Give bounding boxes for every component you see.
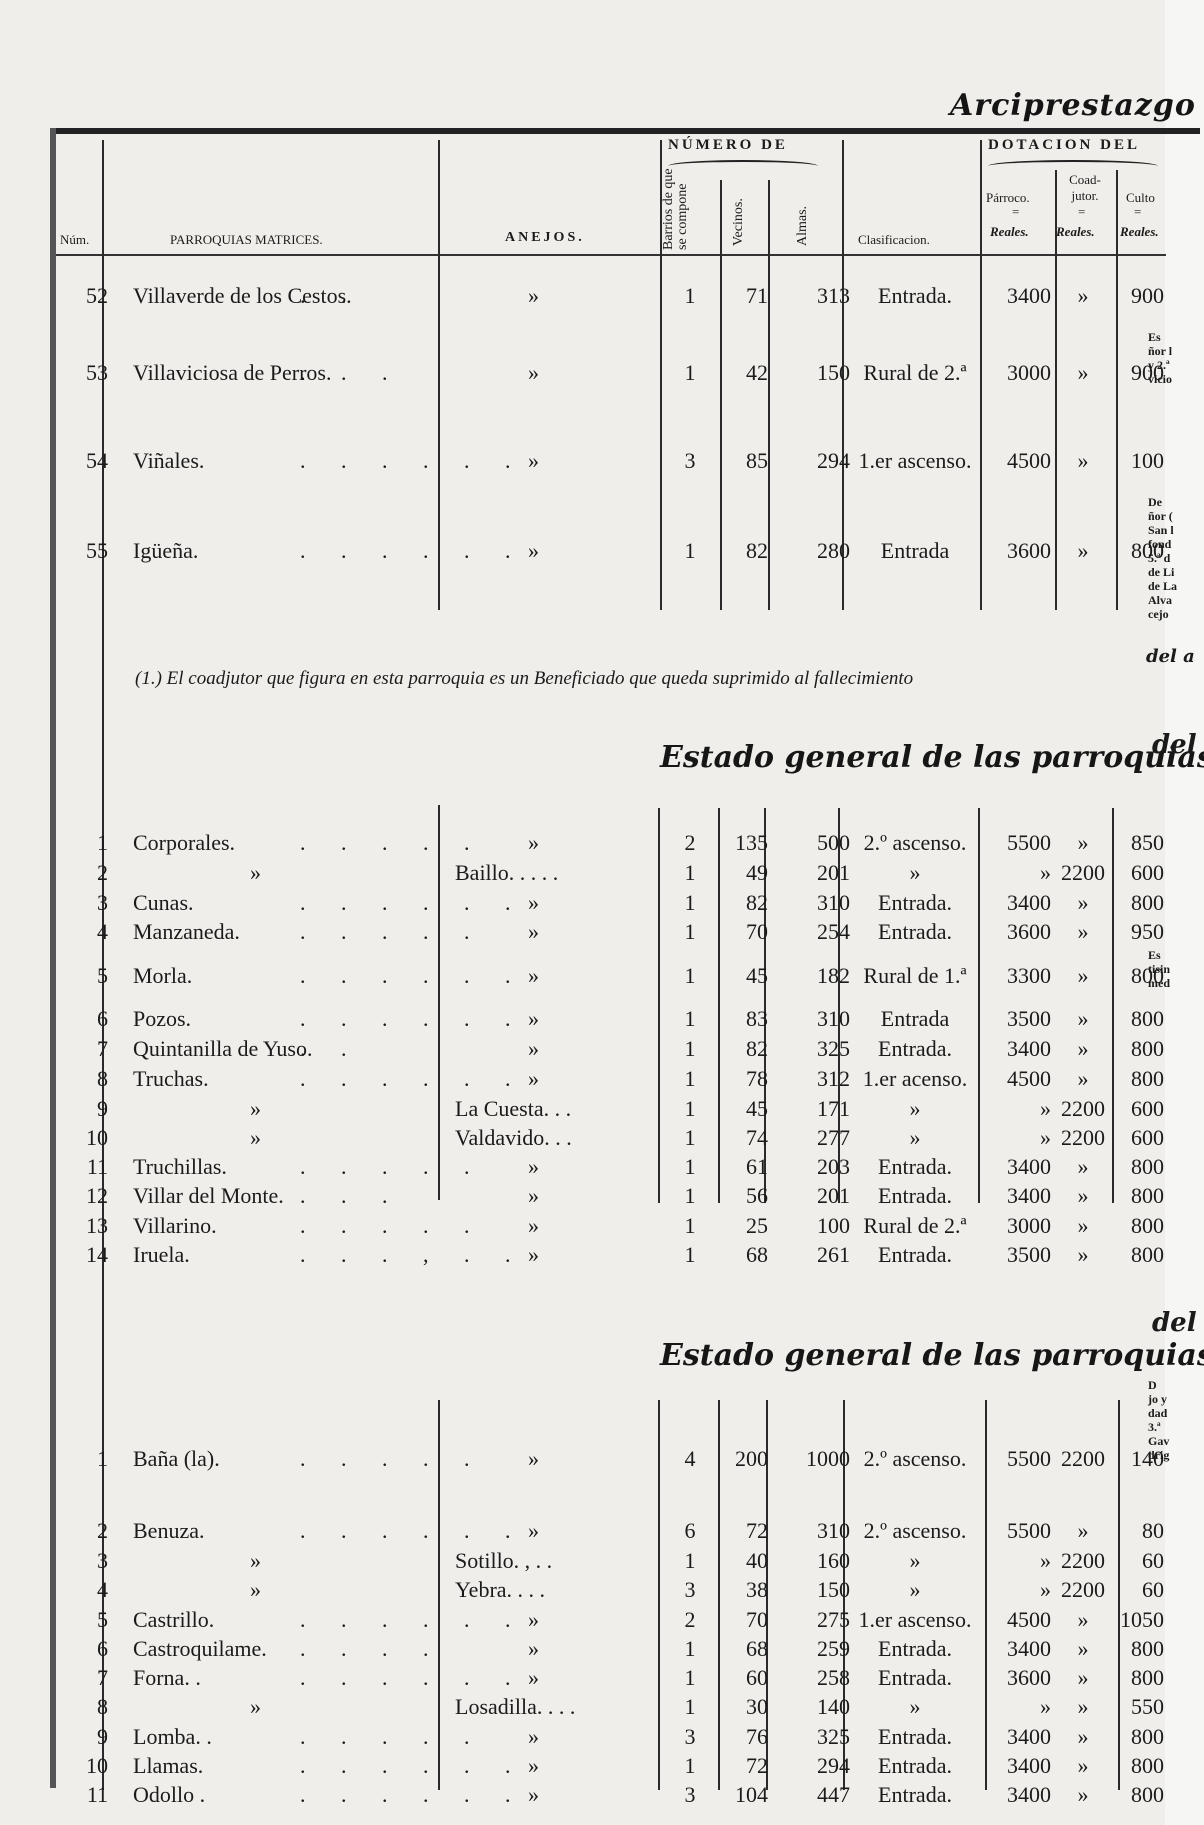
vecinos-count: 83 (722, 1006, 768, 1032)
anejo: La Cuesta. . . (455, 1096, 571, 1122)
parroco-dotacion: » (987, 860, 1051, 886)
parish-name: » (250, 1577, 261, 1603)
coadjutor-dotacion: » (1052, 1694, 1114, 1720)
row-number: 11 (60, 1782, 108, 1808)
almas-count: 100 (778, 1213, 850, 1239)
parish-name: Manzaneda. (133, 919, 240, 945)
leader-dots: . . . . . (300, 1446, 420, 1472)
anejo: » (528, 1006, 539, 1032)
footnote: (1.) El coadjutor que figura en esta par… (135, 668, 913, 690)
barrios-count: 1 (678, 1036, 702, 1062)
culto-dotacion: 800 (1112, 1782, 1164, 1808)
parroco-dotacion: 3400 (987, 1782, 1051, 1808)
vecinos-count: 56 (722, 1183, 768, 1209)
vecinos-count: 42 (722, 360, 768, 386)
header-reales: Reales. (1120, 224, 1164, 240)
row-number: 5 (60, 963, 108, 989)
parish-name: Odollo . (133, 1782, 205, 1808)
culto-dotacion: 900 (1112, 283, 1164, 309)
clasificacion: » (852, 1548, 978, 1574)
culto-dotacion: 800 (1112, 1665, 1164, 1691)
barrios-count: 1 (678, 1096, 702, 1122)
header-numero-de: NÚMERO DE (668, 137, 788, 154)
header-coadjutor: Coad-jutor. (1060, 172, 1110, 204)
culto-dotacion: 100 (1112, 448, 1164, 474)
clasificacion: » (852, 1694, 978, 1720)
barrios-count: 1 (678, 1665, 702, 1691)
anejo: » (528, 1724, 539, 1750)
parish-name: Forna. . (133, 1665, 201, 1691)
table-row: 3Cunas.. . . . . .»182310Entrada.3400»80… (0, 890, 1170, 914)
culto-dotacion: 1050 (1112, 1607, 1164, 1633)
culto-dotacion: 550 (1112, 1694, 1164, 1720)
coadjutor-dotacion: » (1052, 919, 1114, 945)
parish-name: » (250, 1694, 261, 1720)
clasificacion: 1.er ascenso. (852, 448, 978, 474)
anejo: » (528, 1242, 539, 1268)
almas-count: 140 (778, 1694, 850, 1720)
anejo: » (528, 890, 539, 916)
coadjutor-dotacion: » (1052, 1036, 1114, 1062)
leader-dots: . . . . (300, 1636, 420, 1662)
coadjutor-dotacion: » (1052, 1607, 1114, 1633)
row-number: 14 (60, 1242, 108, 1268)
coadjutor-dotacion: » (1052, 1724, 1114, 1750)
clasificacion: 2.º ascenso. (852, 1518, 978, 1544)
parish-name: Truchas. (133, 1066, 209, 1092)
parish-name: » (250, 1548, 261, 1574)
leader-dots: . . . . . (300, 1724, 420, 1750)
barrios-count: 1 (678, 1183, 702, 1209)
anejo: » (528, 1665, 539, 1691)
almas-count: 259 (778, 1636, 850, 1662)
table-row: 52Villaverde de los Cestos.. .»171313Ent… (0, 283, 1170, 307)
parroco-dotacion: 5500 (987, 830, 1051, 856)
almas-count: 150 (778, 360, 850, 386)
leader-dots: . . . . . (300, 919, 420, 945)
parroco-dotacion: 3600 (987, 1665, 1051, 1691)
vecinos-count: 74 (722, 1125, 768, 1151)
row-number: 4 (60, 1577, 108, 1603)
culto-dotacion: 80 (1112, 1518, 1164, 1544)
table-row: 13Villarino.. . . . .»125100Rural de 2.ª… (0, 1213, 1170, 1237)
vecinos-count: 70 (722, 1607, 768, 1633)
culto-dotacion: 800 (1112, 1183, 1164, 1209)
almas-count: 182 (778, 963, 850, 989)
vecinos-count: 82 (722, 1036, 768, 1062)
culto-dotacion: 600 (1112, 1096, 1164, 1122)
parish-name: Iruela. (133, 1242, 190, 1268)
vecinos-count: 40 (722, 1548, 768, 1574)
header-almas: Almas. (796, 188, 810, 246)
almas-count: 310 (778, 1518, 850, 1544)
row-number: 4 (60, 919, 108, 945)
leader-dots: . . . . . . (300, 963, 420, 989)
vecinos-count: 45 (722, 963, 768, 989)
vecinos-count: 68 (722, 1636, 768, 1662)
culto-dotacion: 950 (1112, 919, 1164, 945)
almas-count: 313 (778, 283, 850, 309)
clasificacion: 2.º ascenso. (852, 1446, 978, 1472)
culto-dotacion: 800 (1112, 1006, 1164, 1032)
header-reales: Reales. (990, 224, 1029, 240)
leader-dots: . . . . . . (300, 1665, 420, 1691)
parish-name: Pozos. (133, 1006, 191, 1032)
culto-dotacion: 800 (1112, 1154, 1164, 1180)
row-number: 10 (60, 1125, 108, 1151)
barrios-count: 3 (678, 1577, 702, 1603)
parroco-dotacion: 5500 (987, 1518, 1051, 1544)
row-number: 55 (60, 538, 108, 564)
equals: = (1078, 204, 1085, 220)
parish-name: Benuza. (133, 1518, 204, 1544)
almas-count: 150 (778, 1577, 850, 1603)
vecinos-count: 104 (722, 1782, 768, 1808)
anejo: Valdavido. . . (455, 1125, 572, 1151)
barrios-count: 1 (678, 1006, 702, 1032)
table-row: 12Villar del Monte.. . .»156201Entrada.3… (0, 1183, 1170, 1207)
coadjutor-dotacion: » (1052, 963, 1114, 989)
parroco-dotacion: 3500 (987, 1006, 1051, 1032)
header-clasificacion: Clasificacion. (858, 232, 930, 248)
leader-dots: . . (300, 1036, 420, 1062)
coadjutor-dotacion: 2200 (1052, 1548, 1114, 1574)
almas-count: 203 (778, 1154, 850, 1180)
parish-name: Lomba. . (133, 1724, 212, 1750)
almas-count: 325 (778, 1724, 850, 1750)
almas-count: 201 (778, 1183, 850, 1209)
clasificacion: Entrada. (852, 1183, 978, 1209)
row-number: 7 (60, 1665, 108, 1691)
parroco-dotacion: » (987, 1125, 1051, 1151)
anejo: » (528, 1446, 539, 1472)
clasificacion: Entrada (852, 538, 978, 564)
parroco-dotacion: 3000 (987, 1213, 1051, 1239)
anejo: » (528, 1183, 539, 1209)
coadjutor-dotacion: » (1052, 1665, 1114, 1691)
coadjutor-dotacion: » (1052, 1242, 1114, 1268)
clasificacion: Entrada. (852, 1242, 978, 1268)
parroco-dotacion: » (987, 1577, 1051, 1603)
leader-dots: . . . . . . (300, 1782, 420, 1808)
running-title: Arciprestazgo de (950, 88, 1204, 123)
coadjutor-dotacion: » (1052, 1213, 1114, 1239)
vecinos-count: 85 (722, 448, 768, 474)
almas-count: 254 (778, 919, 850, 945)
clasificacion: » (852, 860, 978, 886)
table-row: 9»La Cuesta. . .145171»»2200600 (0, 1096, 1170, 1120)
equals: = (1012, 204, 1019, 220)
parish-name: Viñales. (133, 448, 204, 474)
barrios-count: 3 (678, 448, 702, 474)
culto-dotacion: 800 (1112, 890, 1164, 916)
vecinos-count: 68 (722, 1242, 768, 1268)
header-anejos: ANEJOS. (505, 230, 585, 246)
anejo: Baillo. . . . . (455, 860, 558, 886)
coadjutor-dotacion: » (1052, 1006, 1114, 1032)
clasificacion: 1.er ascenso. (852, 1607, 978, 1633)
table-row: 14Iruela.. . . , . .»168261Entrada.3500»… (0, 1242, 1170, 1266)
culto-dotacion: 600 (1112, 1125, 1164, 1151)
margin-italic: del a (1146, 646, 1195, 667)
barrios-count: 3 (678, 1782, 702, 1808)
parish-name: Llamas. (133, 1753, 203, 1779)
table-row: 10»Valdavido. . .174277»»2200600 (0, 1125, 1170, 1149)
adjacent-page-edge (1165, 0, 1204, 1825)
parish-name: » (250, 1125, 261, 1151)
culto-dotacion: 850 (1112, 830, 1164, 856)
margin-italic: del (1152, 730, 1197, 760)
clasificacion: Entrada. (852, 1782, 978, 1808)
parish-name: » (250, 1096, 261, 1122)
clasificacion: » (852, 1096, 978, 1122)
leader-dots: . . . . . . (300, 448, 420, 474)
leader-dots: . . . . . . (300, 538, 420, 564)
table-row: 4»Yebra. . . .338150»»220060 (0, 1577, 1170, 1601)
table-row: 11Odollo .. . . . . .»3104447Entrada.340… (0, 1782, 1170, 1806)
clasificacion: Entrada. (852, 1724, 978, 1750)
vecinos-count: 135 (722, 830, 768, 856)
parish-name: Corporales. (133, 830, 235, 856)
table-row: 1Corporales.. . . . .»21355002.º ascenso… (0, 830, 1170, 854)
vecinos-count: 72 (722, 1753, 768, 1779)
barrios-count: 1 (678, 1636, 702, 1662)
parish-name: » (250, 860, 261, 886)
parroco-dotacion: 5500 (987, 1446, 1051, 1472)
culto-dotacion: 800 (1112, 1242, 1164, 1268)
clasificacion: Entrada. (852, 919, 978, 945)
parish-name: Castroquilame. (133, 1636, 267, 1662)
leader-dots: . . . . . . (300, 1753, 420, 1779)
culto-dotacion: 800 (1112, 1636, 1164, 1662)
table-row: 8»Losadilla. . . .130140»»»550 (0, 1694, 1170, 1718)
clasificacion: Rural de 2.ª (852, 1213, 978, 1239)
almas-count: 280 (778, 538, 850, 564)
leader-dots: . . . . . . (300, 1066, 420, 1092)
almas-count: 310 (778, 890, 850, 916)
barrios-count: 1 (678, 1154, 702, 1180)
barrios-count: 1 (678, 860, 702, 886)
anejo: » (528, 830, 539, 856)
row-number: 7 (60, 1036, 108, 1062)
anejo: Losadilla. . . . (455, 1694, 575, 1720)
table-row: 6Pozos.. . . . . .»183310Entrada3500»800 (0, 1006, 1170, 1030)
barrios-count: 1 (678, 1753, 702, 1779)
parish-name: Quintanilla de Yuso. (133, 1036, 312, 1062)
table-row: 3»Sotillo. , . .140160»»220060 (0, 1548, 1170, 1572)
table-row: 9Lomba. .. . . . .»376325Entrada.3400»80… (0, 1724, 1170, 1748)
margin-note: Es ñor l y 2.ª vicio (1148, 330, 1172, 386)
clasificacion: Entrada. (852, 1036, 978, 1062)
parroco-dotacion: » (987, 1694, 1051, 1720)
vecinos-count: 61 (722, 1154, 768, 1180)
clasificacion: Entrada. (852, 1636, 978, 1662)
vecinos-count: 200 (722, 1446, 768, 1472)
table-row: 6Castroquilame.. . . .»168259Entrada.340… (0, 1636, 1170, 1660)
row-number: 9 (60, 1724, 108, 1750)
vecinos-count: 70 (722, 919, 768, 945)
barrios-count: 1 (678, 1242, 702, 1268)
leader-dots: . . . . . (300, 830, 420, 856)
vecinos-count: 30 (722, 1694, 768, 1720)
row-number: 1 (60, 830, 108, 856)
parroco-dotacion: 3000 (987, 360, 1051, 386)
table-row: 5Castrillo.. . . . . .»2702751.er ascens… (0, 1607, 1170, 1631)
parroco-dotacion: 3400 (987, 1154, 1051, 1180)
clasificacion: Entrada (852, 1006, 978, 1032)
clasificacion: 1.er acenso. (852, 1066, 978, 1092)
clasificacion: 2.º ascenso. (852, 830, 978, 856)
almas-count: 312 (778, 1066, 850, 1092)
parroco-dotacion: 3500 (987, 1242, 1051, 1268)
anejo: » (528, 538, 539, 564)
margin-note: Es tisin med (1148, 948, 1170, 990)
anejo: » (528, 919, 539, 945)
clasificacion: Entrada. (852, 1665, 978, 1691)
parish-name: Villar del Monte. (133, 1183, 284, 1209)
parish-name: Truchillas. (133, 1154, 227, 1180)
culto-dotacion: 800 (1112, 1036, 1164, 1062)
table-row: 5Morla.. . . . . .»145182Rural de 1.ª330… (0, 963, 1170, 987)
culto-dotacion: 800 (1112, 1066, 1164, 1092)
barrios-count: 6 (678, 1518, 702, 1544)
table-row: 55Igüeña.. . . . . .»182280Entrada3600»8… (0, 538, 1170, 562)
row-number: 3 (60, 890, 108, 916)
almas-count: 1000 (778, 1446, 850, 1472)
culto-dotacion: 60 (1112, 1577, 1164, 1603)
barrios-count: 1 (678, 1548, 702, 1574)
clasificacion: Rural de 1.ª (852, 963, 978, 989)
parroco-dotacion: 3400 (987, 890, 1051, 916)
table-row: 7Quintanilla de Yuso.. .»182325Entrada.3… (0, 1036, 1170, 1060)
parish-name: Villarino. (133, 1213, 217, 1239)
header-vecinos: Vecinos. (732, 182, 746, 246)
brace (988, 160, 1158, 172)
leader-dots: . . . . . . (300, 1006, 420, 1032)
parroco-dotacion: 3400 (987, 283, 1051, 309)
parroco-dotacion: 3600 (987, 538, 1051, 564)
row-number: 9 (60, 1096, 108, 1122)
culto-dotacion: 600 (1112, 860, 1164, 886)
header-reales: Reales. (1056, 224, 1095, 240)
row-number: 12 (60, 1183, 108, 1209)
parroco-dotacion: 3400 (987, 1753, 1051, 1779)
table-row: 7Forna. .. . . . . .»160258Entrada.3600»… (0, 1665, 1170, 1689)
vecinos-count: 38 (722, 1577, 768, 1603)
parish-name: Cunas. (133, 890, 194, 916)
coadjutor-dotacion: » (1052, 1066, 1114, 1092)
almas-count: 275 (778, 1607, 850, 1633)
parish-name: Igüeña. (133, 538, 198, 564)
almas-count: 201 (778, 860, 850, 886)
header-barrios: Barrios de que se compone (662, 168, 706, 250)
coadjutor-dotacion: » (1052, 1518, 1114, 1544)
table-row: 2»Baillo. . . . .149201»»2200600 (0, 860, 1170, 884)
barrios-count: 4 (678, 1446, 702, 1472)
almas-count: 160 (778, 1548, 850, 1574)
row-number: 11 (60, 1154, 108, 1180)
anejo: Sotillo. , . . (455, 1548, 552, 1574)
equals: = (1134, 204, 1141, 220)
top-rule (50, 128, 1200, 134)
clasificacion: Entrada. (852, 890, 978, 916)
coadjutor-dotacion: » (1052, 538, 1114, 564)
clasificacion: Entrada. (852, 283, 978, 309)
header-parroco: Párroco. (986, 190, 1030, 206)
barrios-count: 1 (678, 360, 702, 386)
header-dotacion: DOTACION DEL (988, 137, 1140, 154)
coadjutor-dotacion: 2200 (1052, 860, 1114, 886)
parroco-dotacion: 3400 (987, 1183, 1051, 1209)
leader-dots: . . . . . (300, 1213, 420, 1239)
coadjutor-dotacion: 2200 (1052, 1577, 1114, 1603)
row-number: 54 (60, 448, 108, 474)
anejo: » (528, 1066, 539, 1092)
coadjutor-dotacion: » (1052, 448, 1114, 474)
parroco-dotacion: 3400 (987, 1636, 1051, 1662)
coadjutor-dotacion: » (1052, 830, 1114, 856)
coadjutor-dotacion: 2200 (1052, 1096, 1114, 1122)
header-num: Núm. (60, 232, 89, 248)
barrios-count: 1 (678, 1213, 702, 1239)
parroco-dotacion: 3400 (987, 1724, 1051, 1750)
leader-dots: . . . . . . (300, 1518, 420, 1544)
anejo: » (528, 448, 539, 474)
coadjutor-dotacion: » (1052, 360, 1114, 386)
row-number: 5 (60, 1607, 108, 1633)
parroco-dotacion: 3600 (987, 919, 1051, 945)
culto-dotacion: 60 (1112, 1548, 1164, 1574)
vecinos-count: 71 (722, 283, 768, 309)
parroco-dotacion: » (987, 1096, 1051, 1122)
table-row: 53Villaviciosa de Perros.. . .»142150Rur… (0, 360, 1170, 384)
vecinos-count: 72 (722, 1518, 768, 1544)
table-row: 2Benuza.. . . . . .»6723102.º ascenso.55… (0, 1518, 1170, 1542)
table-row: 10Llamas.. . . . . .»172294Entrada.3400»… (0, 1753, 1170, 1777)
row-number: 52 (60, 283, 108, 309)
vecinos-count: 49 (722, 860, 768, 886)
table-row: 4Manzaneda.. . . . .»170254Entrada.3600»… (0, 919, 1170, 943)
leader-dots: . . . . . . (300, 890, 420, 916)
table-row: 54Viñales.. . . . . .»3852941.er ascenso… (0, 448, 1170, 472)
almas-count: 277 (778, 1125, 850, 1151)
almas-count: 325 (778, 1036, 850, 1062)
clasificacion: Rural de 2.ª (852, 360, 978, 386)
row-number: 6 (60, 1006, 108, 1032)
margin-italic: del (1152, 1308, 1197, 1338)
row-number: 13 (60, 1213, 108, 1239)
almas-count: 294 (778, 1753, 850, 1779)
barrios-count: 1 (678, 919, 702, 945)
coadjutor-dotacion: » (1052, 1782, 1114, 1808)
vecinos-count: 60 (722, 1665, 768, 1691)
vecinos-count: 25 (722, 1213, 768, 1239)
coadjutor-dotacion: » (1052, 890, 1114, 916)
barrios-count: 1 (678, 1125, 702, 1151)
margin-note: D jo y dad 3.ª Gav drig (1148, 1378, 1169, 1462)
clasificacion: » (852, 1125, 978, 1151)
anejo: » (528, 1607, 539, 1633)
table-row: 8Truchas.. . . . . .»1783121.er acenso.4… (0, 1066, 1170, 1090)
anejo: » (528, 1154, 539, 1180)
barrios-count: 2 (678, 1607, 702, 1633)
leader-dots: . . . , . . (300, 1242, 420, 1268)
header-parroquias: PARROQUIAS MATRICES. (170, 232, 323, 248)
coadjutor-dotacion: » (1052, 283, 1114, 309)
parroco-dotacion: 3300 (987, 963, 1051, 989)
almas-count: 261 (778, 1242, 850, 1268)
clasificacion: Entrada. (852, 1753, 978, 1779)
